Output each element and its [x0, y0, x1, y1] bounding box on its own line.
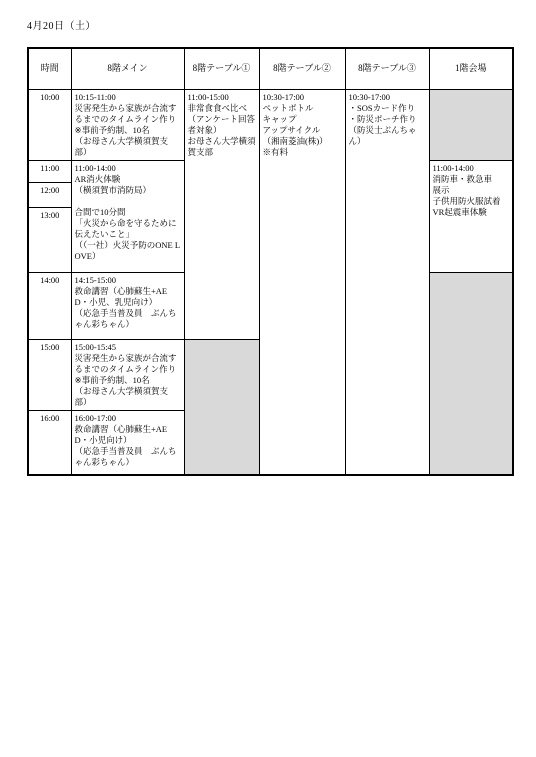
header-8f-table1: 8階テーブル①	[184, 48, 259, 89]
event-main-cpr-1600: 16:00-17:00 救命講習（心肺蘇生+AED・小児向け） （応急手当普及員…	[71, 410, 184, 475]
time-cell-1100: 11:00	[28, 160, 71, 182]
header-1f-venue: 1階会場	[429, 48, 513, 89]
event-main-timeline-1500: 15:00-15:45 災害発生から家族が合流するまでのタイムライン作り ※事前…	[71, 339, 184, 410]
event-main-cpr-1415: 14:15-15:00 救命講習（心肺蘇生+AED・小児、乳児向け） （応急手当…	[71, 272, 184, 339]
event-table3-sos-card: 10:30-17:00 ・SOSカード作り ・防災ポーチ作り （防災士ぶんちゃん…	[345, 89, 429, 475]
page-title: 4月20日（土）	[27, 17, 96, 32]
shaded-cell-1f-afternoon	[429, 272, 513, 475]
header-8f-table3: 8階テーブル③	[345, 48, 429, 89]
schedule-table-container: 時間 8階メイン 8階テーブル① 8階テーブル② 8階テーブル③ 1階会場 10…	[27, 47, 514, 476]
time-cell-1500: 15:00	[28, 339, 71, 410]
event-main-timeline-1015: 10:15-11:00 災害発生から家族が合流するまでのタイムライン作り ※事前…	[71, 89, 184, 160]
shaded-cell-table1-late	[184, 339, 259, 475]
schedule-table: 時間 8階メイン 8階テーブル① 8階テーブル② 8階テーブル③ 1階会場 10…	[27, 47, 514, 476]
header-8f-main: 8階メイン	[71, 48, 184, 89]
document-page: 4月20日（土） 時間 8階メイン 8階テーブル① 8階テーブル② 8階テーブル…	[0, 0, 536, 757]
time-cell-1300: 13:00	[28, 207, 71, 272]
event-main-ar-fire-drill: 11:00-14:00 AR消火体験 （横須賀市消防局） 合間で10分間 「火災…	[71, 160, 184, 272]
event-table2-bottlecap-upcycle: 10:30-17:00 ペットボトル キャップ アップサイクル （湘南菱油(株)…	[259, 89, 345, 475]
header-row: 時間 8階メイン 8階テーブル① 8階テーブル② 8階テーブル③ 1階会場	[28, 48, 513, 89]
header-8f-table2: 8階テーブル②	[259, 48, 345, 89]
header-time: 時間	[28, 48, 71, 89]
row-1000: 10:00 10:15-11:00 災害発生から家族が合流するまでのタイムライン…	[28, 89, 513, 160]
event-1f-firetruck-exhibit: 11:00-14:00 消防車・救急車 展示 子供用防火服試着 VR起震車体験	[429, 160, 513, 272]
time-cell-1600: 16:00	[28, 410, 71, 475]
time-cell-1400: 14:00	[28, 272, 71, 339]
time-cell-1200: 12:00	[28, 182, 71, 207]
event-table1-food-tasting: 11:00-15:00 非常食食べ比べ （アンケート回答者対象） お母さん大学横…	[184, 89, 259, 339]
time-cell-1000: 10:00	[28, 89, 71, 160]
shaded-cell-1f-1000	[429, 89, 513, 160]
